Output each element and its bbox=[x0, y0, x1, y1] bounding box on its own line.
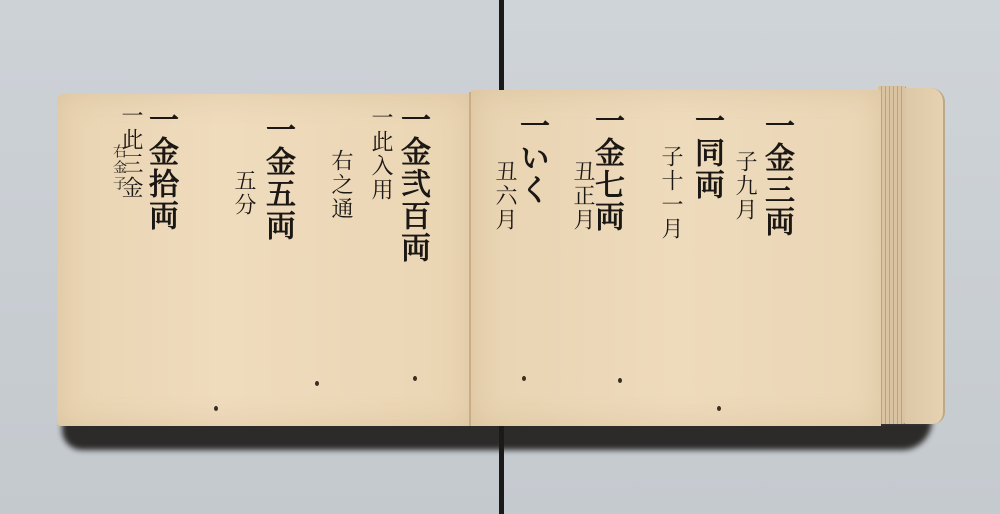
text-column: 一金七両 bbox=[591, 105, 621, 233]
text-column: 子九月 bbox=[733, 150, 755, 222]
text-column: 丑六月 bbox=[493, 160, 515, 232]
binding-hole bbox=[214, 406, 218, 411]
text-column: 一金拾両 bbox=[145, 104, 175, 232]
text-column: 丑正月 bbox=[571, 160, 593, 232]
text-column: 一同両 bbox=[691, 105, 721, 201]
right-page: 一金三両 子九月 一同両 子十一月 一金七両 丑正月 一いく 丑六月 bbox=[471, 90, 881, 426]
text-column: 右之通 bbox=[329, 149, 351, 221]
binding-hole bbox=[522, 376, 526, 381]
text-column: 五分 bbox=[232, 169, 254, 217]
binding-hole bbox=[717, 406, 721, 411]
text-column: 一金弐百両 bbox=[397, 104, 427, 264]
binding-hole bbox=[618, 378, 622, 383]
text-column: 一此入用 bbox=[369, 106, 391, 202]
text-column: 一いく bbox=[516, 110, 546, 206]
text-column: 一此三金 bbox=[119, 104, 141, 200]
binding-hole bbox=[413, 376, 417, 381]
binding-hole bbox=[315, 381, 319, 386]
text-column: 一金三両 bbox=[761, 110, 791, 238]
left-page: 一金弐百両 一此入用 右之通 一金五両 五分 一金拾両 右金子 一此三金 bbox=[57, 94, 471, 426]
text-column: 一金五両 bbox=[262, 114, 292, 242]
text-column: 子十一月 bbox=[659, 145, 681, 241]
book-cover-edge bbox=[905, 88, 945, 424]
